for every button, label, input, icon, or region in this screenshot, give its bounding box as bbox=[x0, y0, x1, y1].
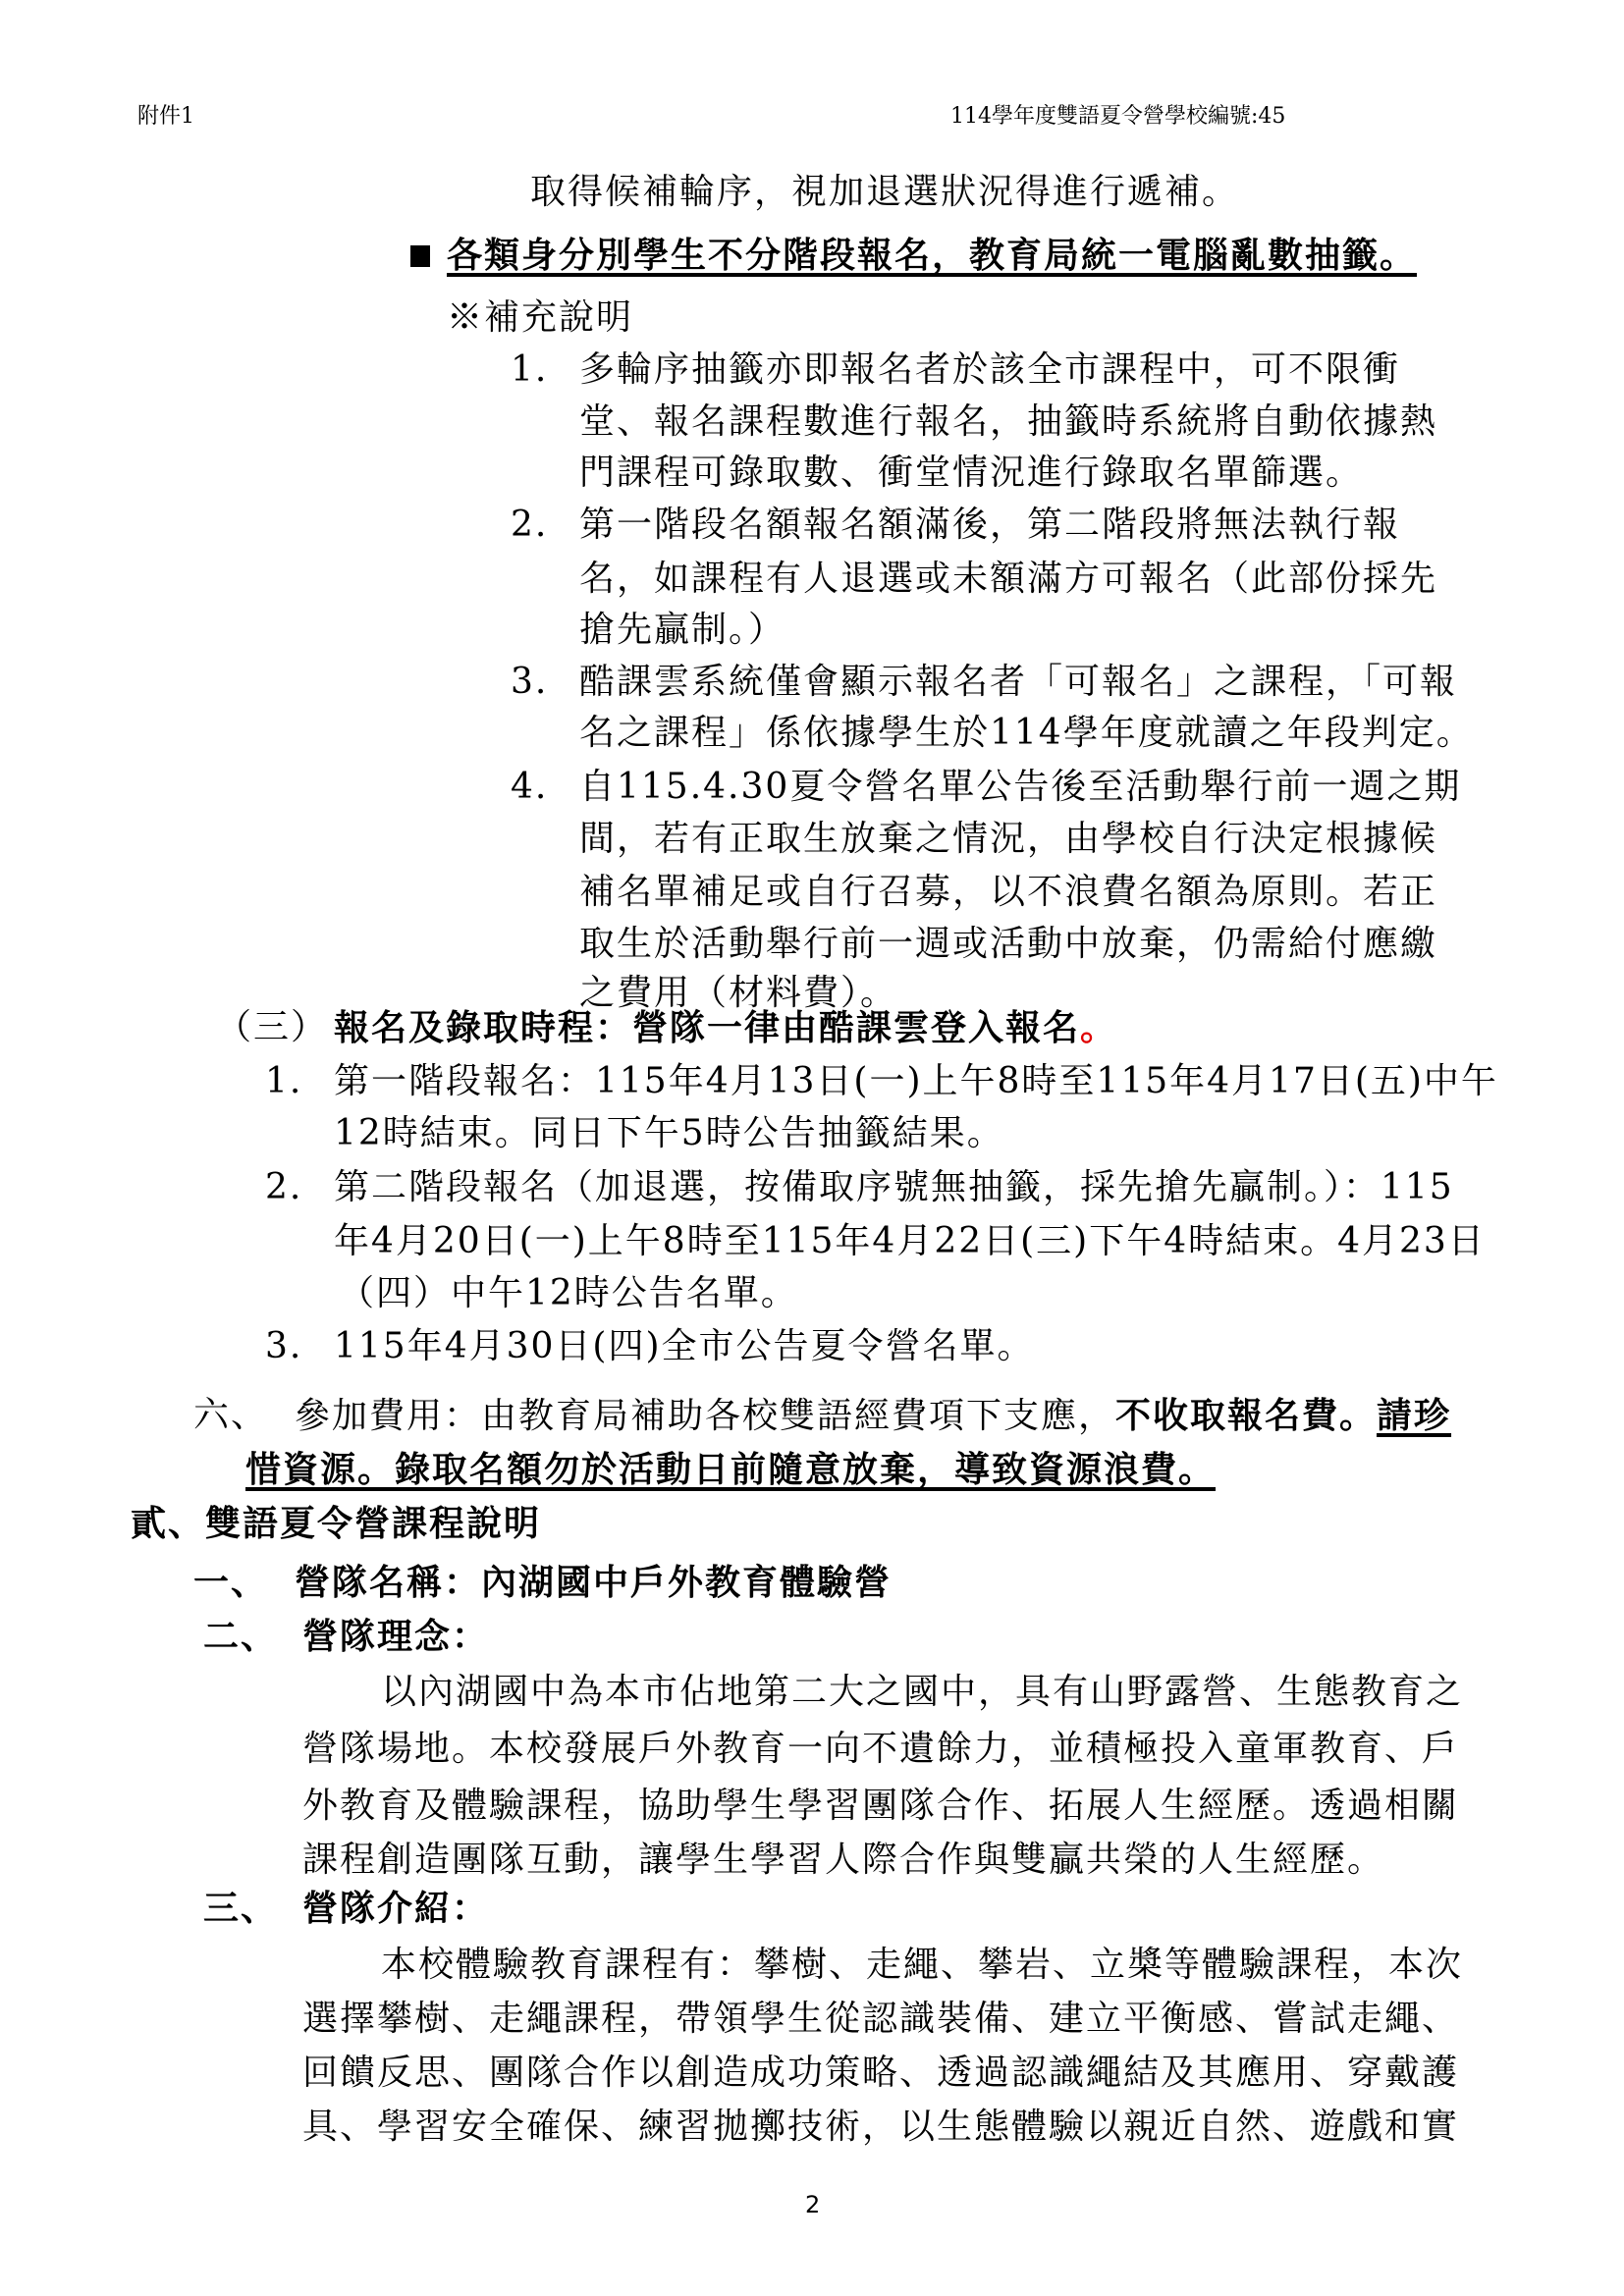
camp-intro-paragraph: 本校體驗教育課程有：攀樹、走繩、攀岩、立槳等體驗課程，本次 bbox=[381, 1944, 1463, 1987]
header-school-code: 114學年度雙語夏令營學校編號:45 bbox=[950, 104, 1285, 130]
bullet-heading: 各類身分別學生不分階段報名，教育局統一電腦亂數抽籤。 bbox=[447, 234, 1417, 277]
supplement-item-4-line: 補名單補足或自行召募，以不浪費名額為原則。若正 bbox=[579, 871, 1437, 914]
supplement-item-3-line: 酷課雲系統僅會顯示報名者「可報名」之課程，「可報 bbox=[579, 661, 1457, 704]
page-number: 2 bbox=[805, 2191, 820, 2218]
supplement-item-2-line: 第一階段名額報名額滿後，第二階段將無法執行報 bbox=[579, 504, 1400, 547]
supplement-item-1-line: 堂、報名課程數進行報名，抽籤時系統將自動依據熱 bbox=[579, 400, 1437, 444]
square-bullet-icon bbox=[410, 245, 430, 267]
schedule-item-1-num: 1. bbox=[265, 1060, 302, 1103]
schedule-item-3-line: 115年4月30日(四)全市公告夏令營名單。 bbox=[334, 1325, 1035, 1368]
schedule-title: 報名及錄取時程：營隊一律由酷課雲登入報名。 bbox=[334, 1006, 1117, 1049]
schedule-item-3-num: 3. bbox=[265, 1325, 302, 1368]
schedule-item-2-line: 第二階段報名（加退選，按備取序號無抽籤，採先搶先贏制。）：115 bbox=[334, 1166, 1454, 1209]
camp-name-marker: 一、 bbox=[193, 1561, 268, 1604]
section-2-title: 貳、雙語夏令營課程說明 bbox=[131, 1502, 541, 1545]
fees-label: 參加費用：由教育局補助各校雙語經費項下支應， bbox=[295, 1396, 1115, 1436]
schedule-title-text: 報名及錄取時程：營隊一律由酷課雲登入報名 bbox=[334, 1007, 1080, 1048]
camp-intro-paragraph: 選擇攀樹、走繩課程，帶領學生從認識裝備、建立平衡感、嘗試走繩、 bbox=[302, 1998, 1459, 2041]
fees-notice: 惜資源。錄取名額勿於活動日前隨意放棄，導致資源浪費。 bbox=[245, 1448, 1216, 1491]
camp-philosophy-paragraph: 營隊場地。本校發展戶外教育一向不遺餘力，並積極投入童軍教育、戶 bbox=[302, 1728, 1459, 1771]
supplement-item-3-line: 名之課程」係依據學生於114學年度就讀之年段判定。 bbox=[579, 712, 1474, 755]
schedule-marker: （三） bbox=[216, 1006, 328, 1049]
camp-intro-paragraph: 回饋反思、團隊合作以創造成功策略、透過認識繩結及其應用、穿戴護 bbox=[302, 2052, 1459, 2095]
supplement-item-1-line: 多輪序抽籤亦即報名者於該全市課程中，可不限衝 bbox=[579, 348, 1400, 392]
schedule-item-2-line: 年4月20日(一)上午8時至115年4月22日(三)下午4時結束。4月23日 bbox=[334, 1220, 1486, 1263]
supplement-item-4-line: 取生於活動舉行前一週或活動中放棄，仍需給付應繳 bbox=[579, 923, 1437, 966]
camp-philosophy-marker: 二、 bbox=[203, 1615, 278, 1658]
camp-philosophy-paragraph: 以內湖國中為本市佔地第二大之國中，具有山野露營、生態教育之 bbox=[381, 1671, 1463, 1714]
supplement-item-2-line: 搶先贏制。） bbox=[579, 609, 785, 652]
fees-line: 參加費用：由教育局補助各校雙語經費項下支應，不收取報名費。請珍 bbox=[295, 1394, 1451, 1438]
supplement-title: ※補充說明 bbox=[447, 296, 633, 340]
schedule-title-red-period: 。 bbox=[1080, 1007, 1117, 1048]
fees-marker: 六、 bbox=[193, 1394, 268, 1437]
camp-philosophy-paragraph: 外教育及體驗課程，協助學生學習團隊合作、拓展人生經歷。透過相關 bbox=[302, 1785, 1459, 1828]
camp-intro-marker: 三、 bbox=[203, 1887, 278, 1930]
schedule-item-2-num: 2. bbox=[265, 1166, 302, 1209]
supplement-item-2-line: 名，如課程有人退選或未額滿方可報名（此部份採先 bbox=[579, 558, 1437, 601]
supplement-item-4-line: 間，若有正取生放棄之情況，由學校自行決定根據候 bbox=[579, 818, 1437, 861]
camp-philosophy-paragraph: 課程創造團隊互動，讓學生學習人際合作與雙贏共榮的人生經歷。 bbox=[302, 1839, 1384, 1882]
fees-no-fee: 不收取報名費。 bbox=[1115, 1395, 1377, 1436]
supplement-item-2-num: 2. bbox=[511, 504, 548, 547]
camp-intro-label: 營隊介紹： bbox=[302, 1887, 489, 1930]
schedule-item-1-line: 第一階段報名：115年4月13日(一)上午8時至115年4月17日(五)中午 bbox=[334, 1060, 1498, 1103]
schedule-item-1-line: 12時結束。同日下午5時公告抽籤結果。 bbox=[334, 1112, 1004, 1155]
fees-notice-start: 請珍 bbox=[1377, 1395, 1451, 1436]
supplement-item-3-num: 3. bbox=[511, 661, 548, 704]
supplement-item-4-num: 4. bbox=[511, 766, 548, 809]
camp-intro-paragraph: 具、學習安全確保、練習拋擲技術，以生態體驗以親近自然、遊戲和實 bbox=[302, 2106, 1459, 2149]
camp-name: 營隊名稱：內湖國中戶外教育體驗營 bbox=[295, 1561, 892, 1604]
document-page: 附件1 114學年度雙語夏令營學校編號:45 取得候補輪序，視加退選狀況得進行遞… bbox=[0, 0, 1624, 2296]
camp-philosophy-label: 營隊理念： bbox=[302, 1615, 489, 1658]
supplement-item-1-num: 1. bbox=[511, 348, 548, 392]
schedule-item-2-line: （四）中午12時公告名單。 bbox=[339, 1272, 798, 1315]
supplement-item-4-line: 自115.4.30夏令營名單公告後至活動舉行前一週之期 bbox=[579, 766, 1461, 809]
intro-continuation: 取得候補輪序，視加退選狀況得進行遞補。 bbox=[530, 171, 1239, 214]
header-attachment-label: 附件1 bbox=[137, 104, 194, 130]
supplement-item-1-line: 門課程可錄取數、衝堂情況進行錄取名單篩選。 bbox=[579, 452, 1363, 495]
